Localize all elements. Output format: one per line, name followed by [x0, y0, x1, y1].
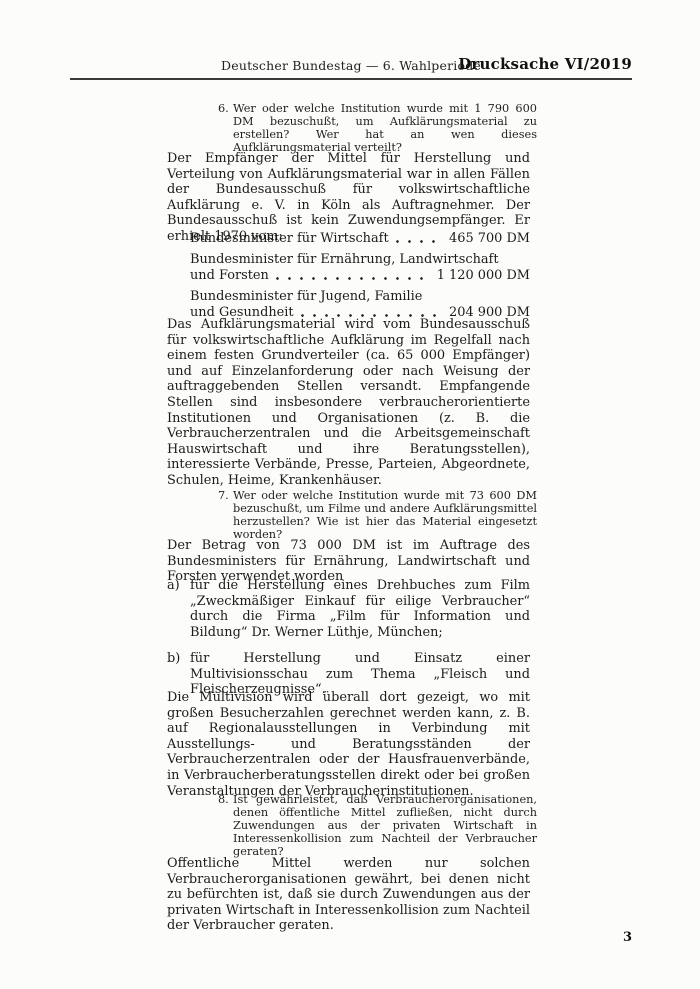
dot-leader — [276, 277, 430, 282]
answer-7-paragraph-2: Die Multivision wird überall dort gezeig… — [167, 690, 530, 799]
answer-7-item-a: a) für die Herstellung eines Drehbuches … — [167, 578, 530, 640]
question-7: 7. Wer oder welche Institution wurde mit… — [218, 489, 537, 541]
item-a-text: für die Herstellung eines Drehbuches zum… — [190, 578, 530, 640]
question-6: 6. Wer oder welche Institution wurde mit… — [218, 102, 537, 154]
list-item: Bundesminister für Wirtschaft 465 700 DM — [190, 231, 530, 248]
page-header: Deutscher Bundestag — 6. Wahlperiode Dru… — [70, 58, 632, 78]
amount-value: 1 120 000 DM — [437, 268, 530, 285]
question-6-number: 6. — [218, 102, 233, 115]
item-a-marker: a) — [167, 578, 190, 594]
question-6-text: Wer oder welche Institution wurde mit 1 … — [233, 102, 537, 154]
answer-8-paragraph-1: Offentliche Mittel werden nur solchen Ve… — [167, 856, 530, 934]
answer-6-paragraph-2: Das Aufklärungsmaterial wird vom Bundesa… — [167, 317, 530, 489]
ministers-amount-list: Bundesminister für Wirtschaft 465 700 DM… — [190, 231, 530, 326]
document-page: Deutscher Bundestag — 6. Wahlperiode Dru… — [0, 0, 700, 989]
minister-label-line1: Bundesminister für Ernährung, Landwirtsc… — [190, 252, 530, 269]
minister-label-line2: und Forsten — [190, 268, 269, 285]
header-rule — [70, 78, 632, 80]
question-8-number: 8. — [218, 793, 233, 806]
minister-label-line1: Bundesminister für Jugend, Familie — [190, 289, 530, 306]
item-b-marker: b) — [167, 651, 190, 667]
question-7-number: 7. — [218, 489, 233, 502]
page-number: 3 — [70, 930, 632, 945]
dot-leader — [396, 240, 442, 245]
question-8: 8. Ist gewährleistet, daß Verbraucherorg… — [218, 793, 537, 858]
question-7-text: Wer oder welche Institution wurde mit 73… — [233, 489, 537, 541]
header-doc-number: Drucksache VI/2019 — [458, 55, 632, 73]
amount-value: 465 700 DM — [449, 231, 530, 248]
list-item: Bundesminister für Ernährung, Landwirtsc… — [190, 252, 530, 285]
question-8-text: Ist gewährleistet, daß Verbraucherorgani… — [233, 793, 537, 858]
minister-label: Bundesminister für Wirtschaft — [190, 231, 389, 248]
